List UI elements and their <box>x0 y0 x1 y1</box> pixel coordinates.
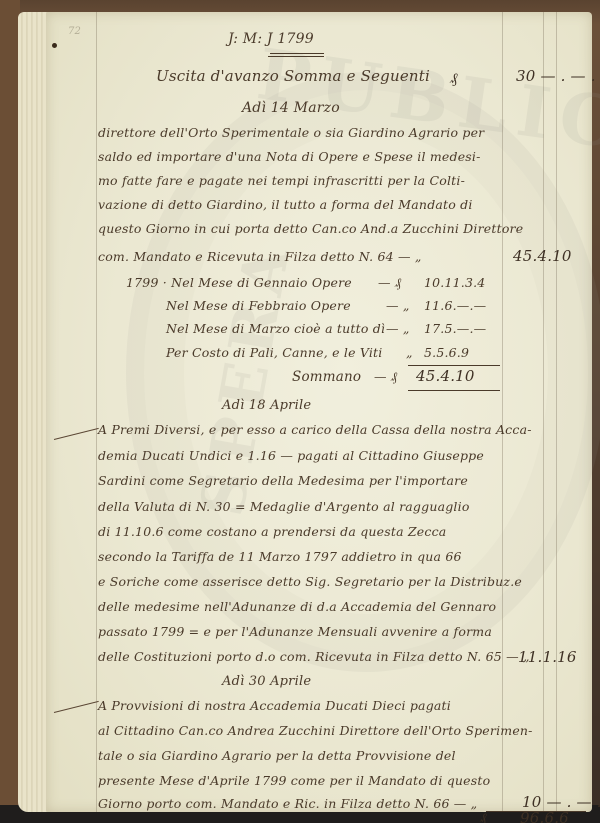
entry-1-amount: 45.4.10 <box>513 247 572 265</box>
breakdown-value: 5.5.6.9 <box>424 345 469 360</box>
total-amount: 96.6.6 <box>520 809 569 823</box>
subtotal-rule <box>408 365 500 366</box>
entry-2-line: e Soriche come asserisce detto Sig. Segr… <box>98 574 522 589</box>
entry-2-line: delle medesime nell'Adunanze di d.a Acca… <box>98 599 496 614</box>
invocation-underline <box>270 53 324 54</box>
entry-1-date: Adì 14 Marzo <box>242 100 340 116</box>
entry-3-line: al Cittadino Can.co Andrea Zucchini Dire… <box>98 723 533 738</box>
amount-column-rule-2 <box>543 12 544 812</box>
entry-2-line: Sardini come Segretario della Medesima p… <box>98 473 468 488</box>
breakdown-value: 11.6.—.— <box>424 298 486 313</box>
amount-column-rule-3 <box>556 12 557 812</box>
ledger-title: Uscita d'avanzo Somma e Seguenti <box>156 67 430 85</box>
subtotal-label: Sommano <box>292 369 361 385</box>
faint-page-number: 72 <box>68 26 81 37</box>
total-symbol: ₰ <box>480 810 487 823</box>
margin-flourish <box>54 701 99 713</box>
margin-flourish <box>54 428 99 440</box>
entry-1-line: mo fatte fare e pagate nei tempi infrasc… <box>98 173 465 188</box>
breakdown-label: 1799 · Nel Mese di Gennaio Opere <box>126 275 352 290</box>
entry-1-line: direttore dell'Orto Sperimentale o sia G… <box>98 125 484 140</box>
subtotal-underline <box>408 390 500 391</box>
breakdown-label: Per Costo di Pali, Canne, e le Viti <box>166 345 382 360</box>
breakdown-sep: — „ <box>386 298 410 313</box>
entry-2-date: Adì 18 Aprile <box>222 398 311 413</box>
breakdown-label: Nel Mese di Marzo cioè a tutto dì <box>166 321 385 336</box>
carried-amount: 30 — . — . — <box>516 67 600 85</box>
breakdown-sep: „ <box>406 345 413 360</box>
entry-2-line: passato 1799 = e per l'Adunanze Mensuali… <box>98 624 492 639</box>
ledger-page: PUBLICA SPERA 72 J: M: J 1799 Uscita d'a… <box>46 12 592 812</box>
entry-1-line: vazione di detto Giardino, il tutto a fo… <box>98 197 473 212</box>
entry-1-line: com. Mandato e Ricevuta in Filza detto N… <box>98 249 422 264</box>
entry-3-date: Adì 30 Aprile <box>222 674 311 689</box>
entry-2-line: demia Ducati Undici e 1.16 — pagati al C… <box>98 448 484 463</box>
breakdown-value: 10.11.3.4 <box>424 275 485 290</box>
entry-3-line: tale o sia Giardino Agrario per la detta… <box>98 748 456 763</box>
entry-2-line: secondo la Tariffa de 11 Marzo 1797 addi… <box>98 549 462 564</box>
ink-blot <box>52 43 57 48</box>
breakdown-sep: — „ <box>386 321 410 336</box>
entry-1-line: questo Giorno in cui porta detto Can.co … <box>98 221 523 236</box>
amount-column-rule-1 <box>502 12 503 812</box>
entry-3-line: Giorno porto com. Mandato e Ric. in Filz… <box>98 796 477 811</box>
subtotal-value: 45.4.10 <box>416 367 475 385</box>
entry-2-amount: 11.1.16 <box>518 648 577 666</box>
entry-1-line: saldo ed importare d'una Nota di Opere e… <box>98 149 481 164</box>
entry-3-line: presente Mese d'Aprile 1799 come per il … <box>98 773 490 788</box>
carried-symbol: ₰ <box>450 69 458 88</box>
invocation-heading: J: M: J 1799 <box>228 31 314 47</box>
entry-2-line: di 11.10.6 come costano a prendersi da q… <box>98 524 446 539</box>
breakdown-sep: — ₰ <box>378 275 401 291</box>
invocation-underline-2 <box>268 56 324 57</box>
entry-2-line: delle Costituzioni porto d.o com. Ricevu… <box>98 649 530 664</box>
left-margin-rule <box>96 12 97 812</box>
entry-2-line: della Valuta di N. 30 = Medaglie d'Argen… <box>98 499 470 514</box>
breakdown-label: Nel Mese di Febbraio Opere <box>166 298 351 313</box>
binding-spine-edge <box>0 0 20 823</box>
breakdown-value: 17.5.—.— <box>424 321 486 336</box>
subtotal-sep: — ₰ <box>374 369 397 385</box>
entry-2-line: A Premi Diversi, e per esso a carico del… <box>98 422 532 437</box>
entry-3-line: A Provvisioni di nostra Accademia Ducati… <box>98 698 451 713</box>
